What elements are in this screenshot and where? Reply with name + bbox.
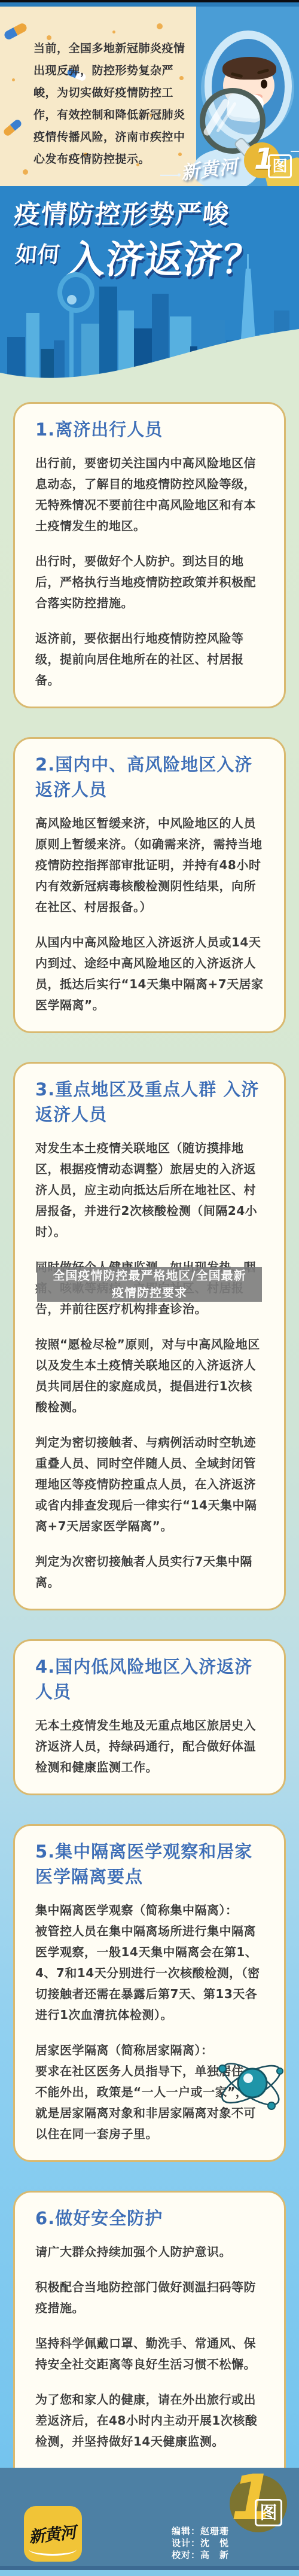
card-title: 5.集中隔离医学观察和居家医学隔离要点: [35, 1839, 264, 1889]
orange-dot: [12, 78, 15, 81]
brand-decor-line-left: [160, 175, 178, 176]
card-paragraph: 高风险地区暂缓来济，中风险地区的人员原则上暂缓来济。（如确需来济，需持当地疫情防…: [35, 813, 264, 918]
spring-sculpture-dot: [67, 295, 77, 305]
eye: [261, 80, 267, 89]
infographic-page: 当前，全国多地新冠肺炎疫情出现反弹，防控形势复杂严峻，为切实做好疫情防控工作，有…: [0, 0, 299, 2576]
card: 3.重点地区及重点人群 入济返济人员对发生本土疫情关联地区（随访摸排地区，根据疫…: [13, 1062, 286, 1610]
credit-line: 编辑：赵珊珊: [172, 2525, 229, 2537]
card-title: 1.离济出行人员: [35, 417, 264, 442]
orange-dot: [23, 169, 28, 175]
paragraph-text: 请广大群众持续加强个人防护意识。: [35, 2245, 231, 2259]
content-area: 1.离济出行人员出行前，要密切关注国内中高风险地区信息动态，了解目的地疫情防控风…: [0, 383, 299, 2468]
card-title: 4.国内低风险地区入济返济人员: [35, 1654, 264, 1704]
footer-badge: 1 图: [228, 2473, 294, 2540]
top-blue-bar: [0, 2, 299, 7]
video-caption-overlay: 全国疫情防控最严格地区/全国最新 疫情防控要求: [37, 1267, 262, 1302]
paragraph-text: 坚持科学佩戴口罩、勤洗手、常通风、保持安全社交距离等良好生活习惯不松懈。: [35, 2336, 256, 2371]
card-paragraph: 请广大群众持续加强个人防护意识。: [35, 2242, 264, 2263]
intro-text: 当前，全国多地新冠肺炎疫情出现反弹，防控形势复杂严峻，为切实做好疫情防控工作，有…: [33, 38, 187, 170]
footer-brand-logo: 新黄河: [24, 2506, 82, 2562]
card: 4.国内低风险地区入济返济人员无本土疫情发生地及无重点地区旅居史入济返济人员，持…: [13, 1639, 286, 1795]
card-paragraph: 坚持科学佩戴口罩、勤洗手、常通风、保持安全社交距离等良好生活习惯不松懈。: [35, 2333, 264, 2375]
card-paragraph: 出行前，要密切关注国内中高风险地区信息动态，了解目的地疫情防控风险等级，无特殊情…: [35, 453, 264, 537]
brand-decor-line-right: [291, 151, 299, 152]
card-paragraph: 从国内中高风险地区入济返济人员或14天内到过、途经中高风险地区的入济返济人员，抵…: [35, 932, 264, 1016]
card-paragraph: 集中隔离医学观察（简称集中隔离）：被管控人员在集中隔离场所进行集中隔离医学观察，…: [35, 1900, 264, 2026]
paragraph-text: 高风险地区暂缓来济，中风险地区的人员原则上暂缓来济。（如确需来济，需持当地疫情防…: [35, 816, 263, 914]
footer-logo-arc: [29, 2543, 77, 2556]
paragraph-text: 出行前，要密切关注国内中高风险地区信息动态，了解目的地疫情防控风险等级，无特殊情…: [35, 456, 256, 533]
card-paragraph: 积极配合当地防控部门做好测温扫码等防疫措施。: [35, 2277, 264, 2319]
orange-dot: [112, 31, 115, 34]
credit-line: 校对：高 新: [172, 2549, 229, 2561]
card: 1.离济出行人员出行前，要密切关注国内中高风险地区信息动态，了解目的地疫情防控风…: [13, 402, 286, 708]
orange-dot: [157, 23, 163, 29]
paragraph-text: 无本土疫情发生地及无重点地区旅居史入济返济人员，持绿码通行，配合做好体温检测和健…: [35, 1718, 256, 1774]
card-paragraph: 出行时，要做好个人防护。到达目的地后，严格执行当地疫情防控政策并积极配合落实防控…: [35, 551, 264, 614]
paragraph-text: 积极配合当地防控部门做好测温扫码等防疫措施。: [35, 2280, 256, 2315]
caption-line1: 全国疫情防控最严格地区/全国最新: [37, 1267, 262, 1284]
capsule-pill-icon: [2, 118, 23, 138]
paragraph-text: 对发生本土疫情关联地区（随访摸排地区，根据疫情动态调整）旅居史的入济返济人员，应…: [35, 1141, 257, 1239]
capsule-pill-icon: [3, 22, 28, 41]
card-paragraph: 返济前，要依据出行地疫情防控风险等级，提前向居住地所在的社区、村居报备。: [35, 628, 264, 691]
card-title: 6.做好安全防护: [35, 2206, 264, 2231]
credits: 编辑：赵珊珊设计：沈 悦校对：高 新: [172, 2525, 229, 2561]
brand-name: 新黄河: [179, 151, 240, 184]
card-paragraph: 判定为密切接触者、与病例活动时空轨迹重叠人员、同时空伴随人员、全域封闭管理地区等…: [35, 1432, 264, 1537]
card-paragraph: 按照“愿检尽检”原则，对与中高风险地区以及发生本土疫情关联地区的入济返济人员共同…: [35, 1334, 264, 1418]
title-section: 疫情防控形势严峻 如何 入济返济？: [0, 186, 299, 383]
paragraph-text: 从国内中高风险地区入济返济人员或14天内到过、途经中高风险地区的入济返济人员，抵…: [35, 935, 264, 1012]
card-paragraph: 判定为次密切接触者人员实行7天集中隔离。: [35, 1551, 264, 1593]
paragraph-text: 按照“愿检尽检”原则，对与中高风险地区以及发生本土疫情关联地区的入济返济人员共同…: [35, 1337, 260, 1414]
green-wave: [0, 326, 299, 389]
card-title: 2.国内中、高风险地区入济返济人员: [35, 752, 264, 802]
footer: 新黄河 编辑：赵珊珊设计：沈 悦校对：高 新 1 图: [0, 2468, 299, 2567]
tower-antenna: [247, 254, 249, 272]
credit-line: 设计：沈 悦: [172, 2537, 229, 2549]
card-paragraph: 无本土疫情发生地及无重点地区旅居史入济返济人员，持绿码通行，配合做好体温检测和健…: [35, 1715, 264, 1778]
paragraph-text: 为了您和家人的健康，请在外出旅行或出差返济后，在48小时内主动开展1次核酸检测，…: [35, 2392, 257, 2449]
footer-badge-tu: 图: [255, 2499, 282, 2526]
brand-tu-badge: 图: [268, 154, 292, 178]
paragraph-text: 出行时，要做好个人防护。到达目的地后，严格执行当地疫情防控政策并积极配合落实防控…: [35, 554, 256, 610]
card: 2.国内中、高风险地区入济返济人员高风险地区暂缓来济，中风险地区的人员原则上暂缓…: [13, 737, 286, 1033]
spring-sculpture-ring: [57, 272, 94, 313]
main-title-line1: 疫情防控形势严峻: [13, 194, 231, 231]
atom-icon: [214, 2056, 286, 2115]
paragraph-text: 判定为密切接触者、与病例活动时空轨迹重叠人员、同时空伴随人员、全域封闭管理地区等…: [35, 1435, 257, 1533]
paragraph-text: 被管控人员在集中隔离场所进行集中隔离医学观察，一般14天集中隔离会在第1、4、7…: [35, 1924, 260, 2022]
paragraph-text: 判定为次密切接触者人员实行7天集中隔离。: [35, 1554, 252, 1590]
bottom-strip: [0, 2570, 299, 2576]
footer-divider: [0, 2566, 299, 2570]
caption-line2: 疫情防控要求: [37, 1284, 262, 1302]
paragraph-lead: 集中隔离医学观察（简称集中隔离）：: [35, 1900, 264, 1921]
brand-logo: 新黄河 1 图: [177, 141, 297, 193]
paragraph-text: 返济前，要依据出行地疫情防控风险等级，提前向居住地所在的社区、村居报备。: [35, 631, 244, 687]
card-paragraph: 为了您和家人的健康，请在外出旅行或出差返济后，在48小时内主动开展1次核酸检测，…: [35, 2389, 264, 2452]
card-title: 3.重点地区及重点人群 入济返济人员: [35, 1077, 264, 1127]
card-paragraph: 对发生本土疫情关联地区（随访摸排地区，根据疫情动态调整）旅居史的入济返济人员，应…: [35, 1138, 264, 1243]
character-hair: [222, 57, 276, 80]
